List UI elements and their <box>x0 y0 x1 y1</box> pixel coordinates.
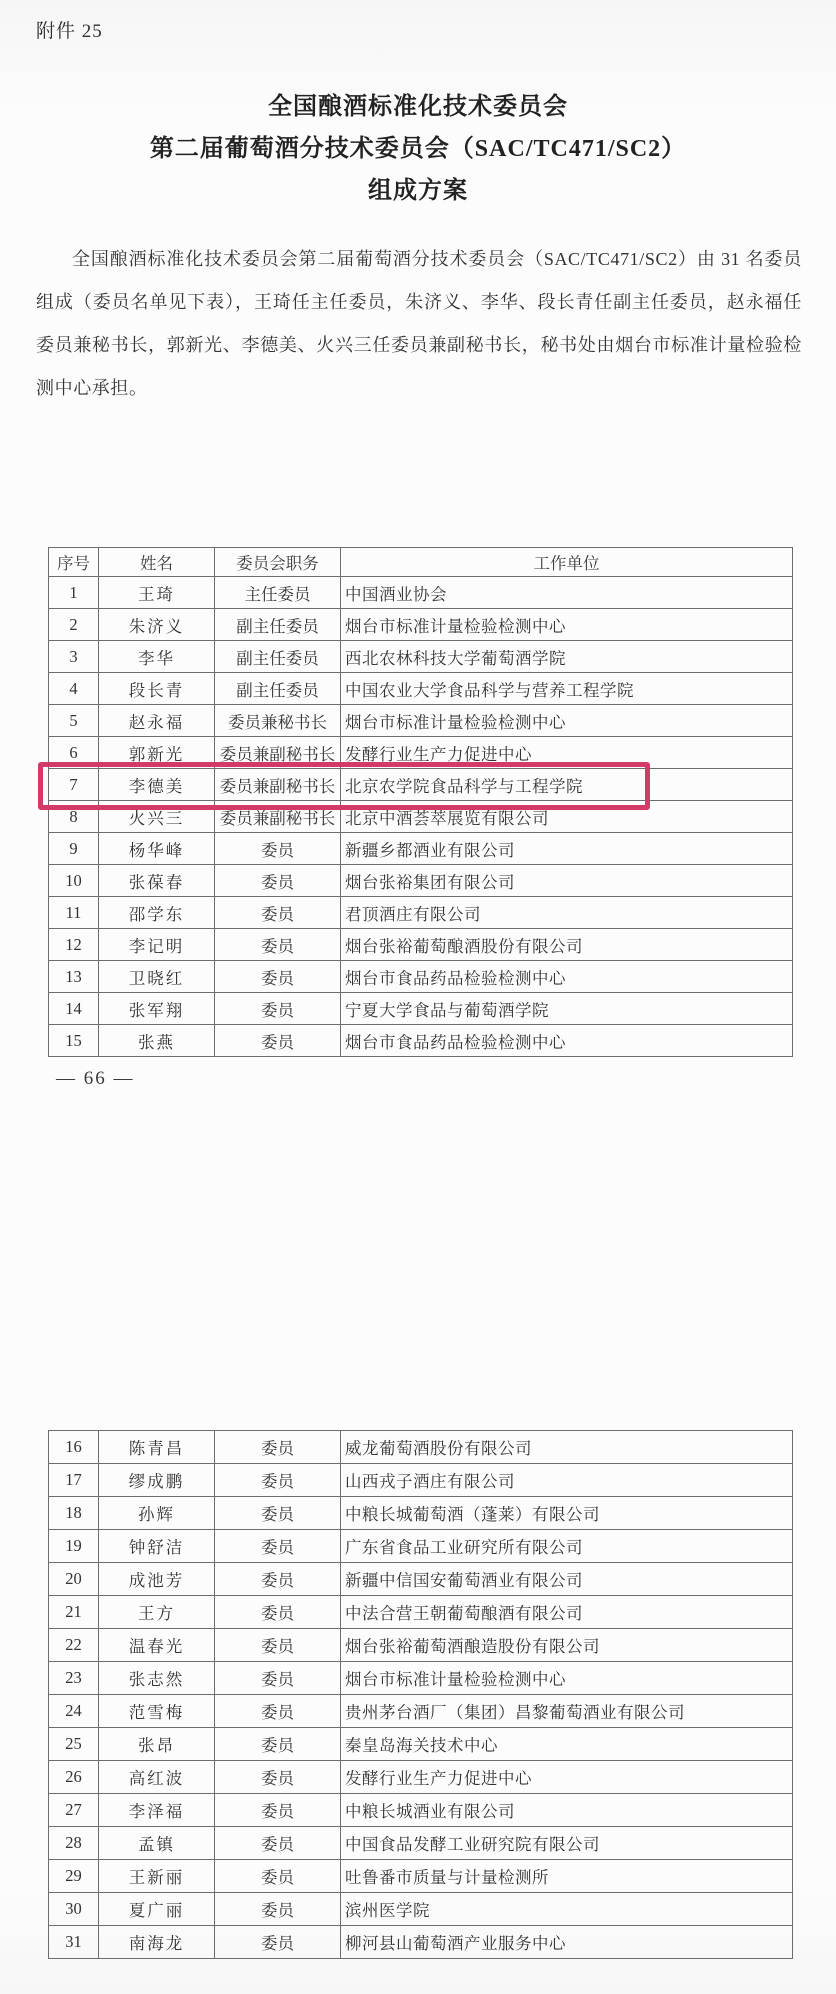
cell-organization: 新疆乡都酒业有限公司 <box>341 833 793 865</box>
cell-role: 委员 <box>215 833 341 865</box>
cell-serial-number: 15 <box>49 1025 99 1057</box>
cell-organization: 吐鲁番市质量与计量检测所 <box>341 1860 793 1893</box>
cell-serial-number: 26 <box>49 1761 99 1794</box>
table-row: 9 杨华峰 委员 新疆乡都酒业有限公司 <box>49 833 793 865</box>
cell-name: 张昂 <box>99 1728 215 1761</box>
cell-organization: 滨州医学院 <box>341 1893 793 1926</box>
cell-role: 委员 <box>215 1464 341 1497</box>
cell-organization: 新疆中信国安葡萄酒业有限公司 <box>341 1563 793 1596</box>
table-row: 16 陈青昌 委员 威龙葡萄酒股份有限公司 <box>49 1431 793 1464</box>
cell-name: 王琦 <box>99 577 215 609</box>
cell-organization: 宁夏大学食品与葡萄酒学院 <box>341 993 793 1025</box>
title-line-1: 全国酿酒标准化技术委员会 <box>268 94 568 120</box>
cell-serial-number: 29 <box>49 1860 99 1893</box>
cell-name: 李记明 <box>99 929 215 961</box>
table-row: 12 李记明 委员 烟台张裕葡萄酿酒股份有限公司 <box>49 929 793 961</box>
committee-table-page2: 16 陈青昌 委员 威龙葡萄酒股份有限公司 17 缪成鹏 委员 山西戎子酒庄有限… <box>48 1430 793 1959</box>
cell-organization: 柳河县山葡萄酒产业服务中心 <box>341 1926 793 1959</box>
cell-role: 委员 <box>215 1530 341 1563</box>
cell-role: 委员 <box>215 1431 341 1464</box>
table-row: 5 赵永福 委员兼秘书长 烟台市标准计量检验检测中心 <box>49 705 793 737</box>
cell-name: 赵永福 <box>99 705 215 737</box>
cell-organization: 发酵行业生产力促进中心 <box>341 737 793 769</box>
table-row: 2 朱济义 副主任委员 烟台市标准计量检验检测中心 <box>49 609 793 641</box>
cell-name: 张志然 <box>99 1662 215 1695</box>
cell-serial-number: 19 <box>49 1530 99 1563</box>
cell-serial-number: 20 <box>49 1563 99 1596</box>
cell-role: 委员 <box>215 1497 341 1530</box>
cell-serial-number: 14 <box>49 993 99 1025</box>
page-number: — 66 — <box>56 1068 135 1090</box>
cell-serial-number: 5 <box>49 705 99 737</box>
cell-serial-number: 10 <box>49 865 99 897</box>
table-row: 17 缪成鹏 委员 山西戎子酒庄有限公司 <box>49 1464 793 1497</box>
table-body-page2: 16 陈青昌 委员 威龙葡萄酒股份有限公司 17 缪成鹏 委员 山西戎子酒庄有限… <box>49 1431 793 1959</box>
cell-organization: 中国食品发酵工业研究院有限公司 <box>341 1827 793 1860</box>
table-row: 19 钟舒洁 委员 广东省食品工业研究所有限公司 <box>49 1530 793 1563</box>
intro-paragraph: 全国酿酒标准化技术委员会第二届葡萄酒分技术委员会（SAC/TC471/SC2）由… <box>36 238 802 410</box>
cell-role: 委员兼副秘书长 <box>215 769 341 801</box>
cell-name: 陈青昌 <box>99 1431 215 1464</box>
cell-name: 缪成鹏 <box>99 1464 215 1497</box>
cell-name: 邵学东 <box>99 897 215 929</box>
table-row: 27 李泽福 委员 中粮长城酒业有限公司 <box>49 1794 793 1827</box>
cell-serial-number: 24 <box>49 1695 99 1728</box>
cell-name: 南海龙 <box>99 1926 215 1959</box>
cell-name: 范雪梅 <box>99 1695 215 1728</box>
cell-organization: 中粮长城酒业有限公司 <box>341 1794 793 1827</box>
cell-organization: 烟台市标准计量检验检测中心 <box>341 1662 793 1695</box>
table-row: 14 张军翔 委员 宁夏大学食品与葡萄酒学院 <box>49 993 793 1025</box>
table-row: 24 范雪梅 委员 贵州茅台酒厂（集团）昌黎葡萄酒业有限公司 <box>49 1695 793 1728</box>
cell-role: 委员 <box>215 1860 341 1893</box>
committee-table-page1: 序号 姓名 委员会职务 工作单位 1 王琦 主任委员 中国酒业协会 2 朱济义 … <box>48 547 793 1057</box>
cell-role: 委员 <box>215 929 341 961</box>
cell-role: 委员 <box>215 1827 341 1860</box>
table-row: 15 张燕 委员 烟台市食品药品检验检测中心 <box>49 1025 793 1057</box>
cell-role: 委员兼副秘书长 <box>215 801 341 833</box>
cell-name: 钟舒洁 <box>99 1530 215 1563</box>
cell-organization: 烟台市标准计量检验检测中心 <box>341 705 793 737</box>
column-header-role: 委员会职务 <box>215 548 341 577</box>
cell-role: 委员 <box>215 1662 341 1695</box>
table-row: 11 邵学东 委员 君顶酒庄有限公司 <box>49 897 793 929</box>
cell-name: 温春光 <box>99 1629 215 1662</box>
cell-name: 卫晓红 <box>99 961 215 993</box>
cell-organization: 中国农业大学食品科学与营养工程学院 <box>341 673 793 705</box>
cell-serial-number: 1 <box>49 577 99 609</box>
cell-name: 王新丽 <box>99 1860 215 1893</box>
cell-serial-number: 4 <box>49 673 99 705</box>
cell-name: 段长青 <box>99 673 215 705</box>
table-row: 4 段长青 副主任委员 中国农业大学食品科学与营养工程学院 <box>49 673 793 705</box>
cell-serial-number: 22 <box>49 1629 99 1662</box>
table-row: 3 李华 副主任委员 西北农林科技大学葡萄酒学院 <box>49 641 793 673</box>
table-row: 21 王方 委员 中法合营王朝葡萄酿酒有限公司 <box>49 1596 793 1629</box>
column-header-organization: 工作单位 <box>341 548 793 577</box>
cell-role: 委员 <box>215 1761 341 1794</box>
table-row: 8 火兴三 委员兼副秘书长 北京中酒荟萃展览有限公司 <box>49 801 793 833</box>
table-body-page1: 1 王琦 主任委员 中国酒业协会 2 朱济义 副主任委员 烟台市标准计量检验检测… <box>49 577 793 1057</box>
cell-organization: 秦皇岛海关技术中心 <box>341 1728 793 1761</box>
cell-name: 夏广丽 <box>99 1893 215 1926</box>
table-row: 1 王琦 主任委员 中国酒业协会 <box>49 577 793 609</box>
table-row: 20 成池芳 委员 新疆中信国安葡萄酒业有限公司 <box>49 1563 793 1596</box>
cell-role: 主任委员 <box>215 577 341 609</box>
table-row: 25 张昂 委员 秦皇岛海关技术中心 <box>49 1728 793 1761</box>
cell-name: 孙辉 <box>99 1497 215 1530</box>
cell-serial-number: 3 <box>49 641 99 673</box>
cell-serial-number: 2 <box>49 609 99 641</box>
cell-organization: 北京中酒荟萃展览有限公司 <box>341 801 793 833</box>
cell-name: 朱济义 <box>99 609 215 641</box>
cell-name: 成池芳 <box>99 1563 215 1596</box>
cell-organization: 西北农林科技大学葡萄酒学院 <box>341 641 793 673</box>
table-row: 13 卫晓红 委员 烟台市食品药品检验检测中心 <box>49 961 793 993</box>
title-line-3: 组成方案 <box>368 178 468 204</box>
cell-role: 副主任委员 <box>215 673 341 705</box>
cell-organization: 山西戎子酒庄有限公司 <box>341 1464 793 1497</box>
table-row: 22 温春光 委员 烟台张裕葡萄酒酿造股份有限公司 <box>49 1629 793 1662</box>
cell-serial-number: 28 <box>49 1827 99 1860</box>
cell-serial-number: 25 <box>49 1728 99 1761</box>
cell-serial-number: 18 <box>49 1497 99 1530</box>
cell-serial-number: 23 <box>49 1662 99 1695</box>
cell-organization: 烟台市标准计量检验检测中心 <box>341 609 793 641</box>
cell-serial-number: 7 <box>49 769 99 801</box>
cell-organization: 贵州茅台酒厂（集团）昌黎葡萄酒业有限公司 <box>341 1695 793 1728</box>
cell-role: 委员 <box>215 993 341 1025</box>
table-row: 28 孟镇 委员 中国食品发酵工业研究院有限公司 <box>49 1827 793 1860</box>
cell-serial-number: 30 <box>49 1893 99 1926</box>
cell-serial-number: 27 <box>49 1794 99 1827</box>
cell-serial-number: 8 <box>49 801 99 833</box>
column-header-name: 姓名 <box>99 548 215 577</box>
cell-organization: 中国酒业协会 <box>341 577 793 609</box>
cell-serial-number: 13 <box>49 961 99 993</box>
cell-name: 高红波 <box>99 1761 215 1794</box>
cell-organization: 烟台张裕集团有限公司 <box>341 865 793 897</box>
cell-role: 委员 <box>215 1025 341 1057</box>
title-line-2: 第二届葡萄酒分技术委员会（SAC/TC471/SC2） <box>150 136 686 162</box>
cell-role: 委员 <box>215 1563 341 1596</box>
cell-serial-number: 21 <box>49 1596 99 1629</box>
cell-role: 委员 <box>215 1695 341 1728</box>
attachment-label: 附件 25 <box>36 16 103 43</box>
cell-name: 王方 <box>99 1596 215 1629</box>
cell-organization: 北京农学院食品科学与工程学院 <box>341 769 793 801</box>
cell-role: 委员 <box>215 1728 341 1761</box>
cell-organization: 烟台张裕葡萄酒酿造股份有限公司 <box>341 1629 793 1662</box>
cell-role: 副主任委员 <box>215 609 341 641</box>
document-title: 全国酿酒标准化技术委员会 第二届葡萄酒分技术委员会（SAC/TC471/SC2）… <box>0 86 836 212</box>
cell-serial-number: 6 <box>49 737 99 769</box>
cell-name: 李德美 <box>99 769 215 801</box>
cell-role: 委员 <box>215 1794 341 1827</box>
cell-role: 委员 <box>215 897 341 929</box>
cell-role: 委员 <box>215 961 341 993</box>
cell-serial-number: 12 <box>49 929 99 961</box>
document-page: 附件 25 全国酿酒标准化技术委员会 第二届葡萄酒分技术委员会（SAC/TC47… <box>0 0 836 1994</box>
cell-organization: 中法合营王朝葡萄酿酒有限公司 <box>341 1596 793 1629</box>
cell-role: 委员 <box>215 1629 341 1662</box>
cell-serial-number: 11 <box>49 897 99 929</box>
table-row: 23 张志然 委员 烟台市标准计量检验检测中心 <box>49 1662 793 1695</box>
cell-role: 委员兼副秘书长 <box>215 737 341 769</box>
cell-organization: 烟台市食品药品检验检测中心 <box>341 961 793 993</box>
cell-organization: 威龙葡萄酒股份有限公司 <box>341 1431 793 1464</box>
cell-organization: 广东省食品工业研究所有限公司 <box>341 1530 793 1563</box>
table-row: 30 夏广丽 委员 滨州医学院 <box>49 1893 793 1926</box>
cell-name: 杨华峰 <box>99 833 215 865</box>
cell-role: 副主任委员 <box>215 641 341 673</box>
cell-organization: 烟台张裕葡萄酿酒股份有限公司 <box>341 929 793 961</box>
table-row: 6 郭新光 委员兼副秘书长 发酵行业生产力促进中心 <box>49 737 793 769</box>
cell-name: 张燕 <box>99 1025 215 1057</box>
table-row: 26 高红波 委员 发酵行业生产力促进中心 <box>49 1761 793 1794</box>
cell-name: 孟镇 <box>99 1827 215 1860</box>
cell-role: 委员 <box>215 865 341 897</box>
cell-serial-number: 17 <box>49 1464 99 1497</box>
cell-serial-number: 31 <box>49 1926 99 1959</box>
cell-name: 张葆春 <box>99 865 215 897</box>
table-row: 29 王新丽 委员 吐鲁番市质量与计量检测所 <box>49 1860 793 1893</box>
cell-serial-number: 9 <box>49 833 99 865</box>
cell-name: 火兴三 <box>99 801 215 833</box>
table-row: 7 李德美 委员兼副秘书长 北京农学院食品科学与工程学院 <box>49 769 793 801</box>
cell-name: 郭新光 <box>99 737 215 769</box>
table-row: 31 南海龙 委员 柳河县山葡萄酒产业服务中心 <box>49 1926 793 1959</box>
table-row: 18 孙辉 委员 中粮长城葡萄酒（蓬莱）有限公司 <box>49 1497 793 1530</box>
cell-role: 委员兼秘书长 <box>215 705 341 737</box>
column-header-serial: 序号 <box>49 548 99 577</box>
cell-organization: 发酵行业生产力促进中心 <box>341 1761 793 1794</box>
cell-role: 委员 <box>215 1893 341 1926</box>
cell-name: 张军翔 <box>99 993 215 1025</box>
cell-role: 委员 <box>215 1596 341 1629</box>
table-row: 10 张葆春 委员 烟台张裕集团有限公司 <box>49 865 793 897</box>
cell-name: 李华 <box>99 641 215 673</box>
cell-name: 李泽福 <box>99 1794 215 1827</box>
cell-role: 委员 <box>215 1926 341 1959</box>
cell-organization: 中粮长城葡萄酒（蓬莱）有限公司 <box>341 1497 793 1530</box>
cell-organization: 君顶酒庄有限公司 <box>341 897 793 929</box>
cell-organization: 烟台市食品药品检验检测中心 <box>341 1025 793 1057</box>
cell-serial-number: 16 <box>49 1431 99 1464</box>
table-header-row: 序号 姓名 委员会职务 工作单位 <box>49 548 793 577</box>
